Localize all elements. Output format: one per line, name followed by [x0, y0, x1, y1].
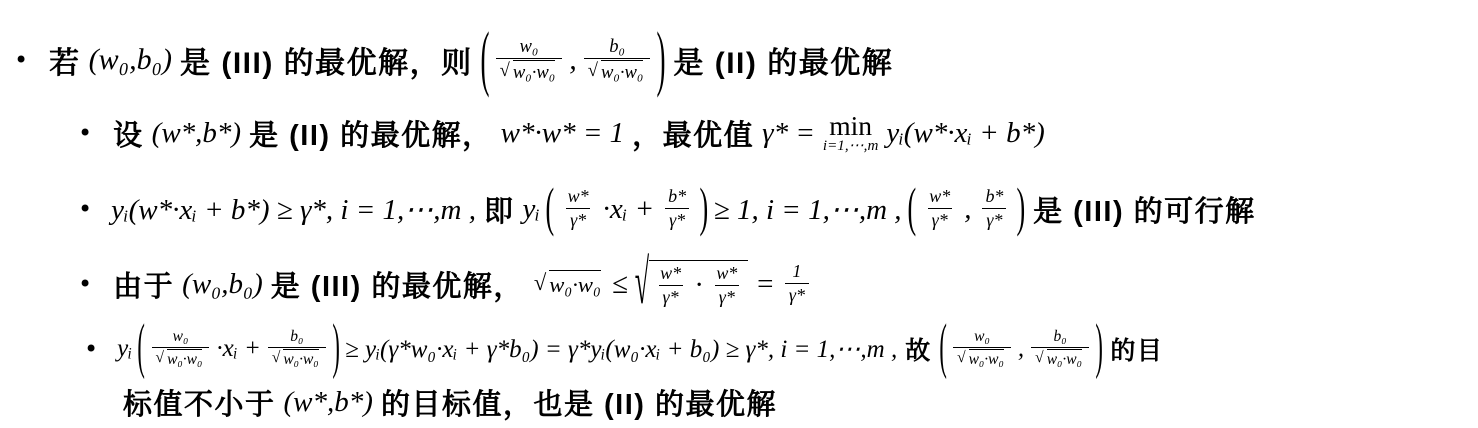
sqrt-product-expression: √ w* γ* · w* γ* [635, 260, 749, 308]
frac-denominator: γ* [928, 208, 952, 232]
l1-pair-w0b0: (w₀,b₀) [89, 43, 172, 77]
l3-text-that-is: 即 [484, 189, 515, 230]
frac-numerator: w* [564, 186, 593, 208]
sqrt-icon: √ [1035, 349, 1044, 368]
min-label: min [829, 112, 872, 140]
bullet-icon: • [84, 335, 98, 363]
frac-denominator: √ w₀·w₀ [953, 347, 1011, 370]
sqrt-icon: √ [588, 60, 598, 82]
l1-text-if: 若 [49, 38, 81, 82]
l2-norm-condition: w*·w* = 1 [501, 117, 625, 150]
l2-pair-wb-star: (w*,b*) [152, 117, 241, 150]
frac-numerator: b₀ [1050, 328, 1071, 347]
comma-separator: , [1018, 335, 1024, 363]
sqrt-icon: √ [534, 270, 546, 296]
left-paren-icon: ( [138, 315, 145, 384]
frac-denominator: √ w₀·w₀ [496, 58, 563, 84]
frac-denominator: √ w₀·w₀ [152, 347, 210, 370]
fraction-w0-over-sqrt: w₀ √ w₀·w₀ [496, 36, 563, 85]
l2-margin-expression: yᵢ(w*·xᵢ + b*) [886, 117, 1044, 150]
l6-text-not-less-than: 标值不小于 [123, 382, 276, 423]
l4-pair-w0b0: (w₀,b₀) [182, 268, 263, 301]
frac-numerator: w* [656, 263, 685, 285]
radicand: w₀·w₀ [549, 270, 601, 298]
min-operator: min i=1,⋯,m [823, 112, 878, 155]
radicand: w₀·w₀ [513, 60, 555, 84]
fraction-b0-over-sqrt: b₀ √ w₀·w₀ [584, 36, 651, 85]
fraction-b0-over-sqrt: b₀ √ w₀·w₀ [1031, 328, 1089, 369]
left-paren-icon: ( [907, 178, 916, 239]
bullet-line-5: • yᵢ ( w₀ √ w₀·w₀ ·xᵢ + b₀ √ w₀·w₀ ) ≥ y… [84, 308, 1168, 390]
l2-gamma-equals: γ* = [762, 117, 815, 150]
radicand: w₀·w₀ [283, 349, 318, 370]
fraction-wstar-over-gamma: w* γ* [922, 186, 957, 231]
sqrt-icon: √ [957, 349, 966, 368]
bullet-line-2: • 设 (w*,b*) 是 (II) 的最优解， w*·w* = 1 ，最优值 … [78, 100, 1048, 166]
l5-text-therefore: 故 [905, 331, 932, 367]
frac-numerator: b* [981, 186, 1007, 208]
radicand: w₀·w₀ [1047, 349, 1082, 370]
sqrt-icon: √ [500, 60, 510, 82]
fraction-w0-over-sqrt: w₀ √ w₀·w₀ [152, 328, 210, 369]
bullet-icon: • [14, 46, 28, 74]
continuation-line: 标值不小于 (w*,b*) 的目标值，也是 (II) 的最优解 [118, 380, 782, 424]
frac-denominator: γ* [715, 285, 739, 309]
l1-text-optimal-ii: 是 (II) 的最优解 [673, 38, 893, 82]
right-paren-icon: ) [332, 315, 339, 384]
frac-numerator: w* [925, 186, 954, 208]
l2-text-let: 设 [113, 113, 144, 154]
bullet-icon: • [78, 119, 92, 147]
frac-numerator: w* [712, 263, 741, 285]
fraction-bstar-over-gamma: b* γ* [978, 186, 1010, 231]
fraction-bstar-over-gamma: b* γ* [661, 186, 693, 231]
fraction-w0-over-sqrt: w₀ √ w₀·w₀ [953, 328, 1011, 369]
sqrt-w0-dot-w0: √ w₀·w₀ [534, 270, 604, 298]
min-subscript: i=1,⋯,m [823, 139, 878, 154]
l4-text-since: 由于 [113, 264, 174, 305]
l5-inequality-chain: ≥ yᵢ(γ*w₀·xᵢ + γ*b₀) = γ*yᵢ(w₀·xᵢ + b₀) … [345, 334, 897, 364]
left-paren-icon: ( [545, 178, 554, 239]
frac-denominator: γ* [785, 283, 809, 307]
frac-denominator: √ w₀·w₀ [1031, 347, 1089, 370]
comma-separator: , [569, 43, 577, 77]
fraction-wstar-over-gamma: w* γ* [653, 263, 688, 308]
l4-text-optimal-iii: 是 (III) 的最优解， [271, 264, 524, 305]
frac-denominator: √ w₀·w₀ [584, 58, 651, 84]
frac-denominator: γ* [659, 285, 683, 309]
dot-operator: · [695, 269, 702, 302]
comma-separator: , [964, 193, 971, 226]
bullet-line-3: • yᵢ(w*·xᵢ + b*) ≥ γ*, i = 1,⋯,m , 即 yᵢ … [78, 166, 1261, 252]
l3-text-feasible-iii: 是 (III) 的可行解 [1033, 189, 1256, 230]
l5-text-objective-start: 的目 [1110, 331, 1163, 367]
frac-numerator: w₀ [970, 328, 994, 347]
sqrt-icon: √ [156, 349, 165, 368]
right-paren-icon: ) [1095, 315, 1102, 384]
less-equal-sign: ≤ [612, 268, 628, 301]
frac-numerator: 1 [788, 261, 805, 283]
frac-numerator: b₀ [605, 36, 629, 58]
right-paren-icon: ) [657, 18, 666, 101]
l5-yi: yᵢ [117, 335, 132, 363]
radicand: w₀·w₀ [969, 349, 1004, 370]
l2-text-optimal-ii: 是 (II) 的最优解， [249, 113, 493, 154]
l3-dot-xi-plus: ·xᵢ + [603, 193, 655, 226]
frac-denominator: γ* [566, 208, 590, 232]
left-paren-icon: ( [939, 315, 946, 384]
frac-denominator: γ* [982, 208, 1006, 232]
bullet-line-1: • 若 (w₀,b₀) 是 (III) 的最优解，则 ( w₀ √ w₀·w₀ … [14, 12, 898, 108]
frac-numerator: b₀ [286, 328, 307, 347]
radicand-group: w* γ* · w* γ* [649, 260, 748, 308]
l3-constraint: yᵢ(w*·xᵢ + b*) ≥ γ*, i = 1,⋯,m , [111, 192, 476, 227]
right-paren-icon: ) [1017, 178, 1026, 239]
frac-denominator: √ w₀·w₀ [268, 347, 326, 370]
left-paren-icon: ( [480, 18, 489, 101]
bullet-icon: • [78, 270, 92, 298]
fraction-b0-over-sqrt: b₀ √ w₀·w₀ [268, 328, 326, 369]
fraction-one-over-gamma: 1 γ* [782, 261, 812, 306]
radicand: w₀·w₀ [601, 60, 643, 84]
slide: • 若 (w₀,b₀) 是 (III) 的最优解，则 ( w₀ √ w₀·w₀ … [0, 0, 1478, 428]
l5-dot-xi-plus: ·xᵢ + [216, 335, 260, 363]
l1-text-optimal-iii: 是 (III) 的最优解，则 [180, 38, 473, 82]
fraction-wstar-over-gamma: w* γ* [709, 263, 744, 308]
l2-text-optimal-value: ，最优值 [632, 113, 754, 154]
bullet-icon: • [78, 195, 92, 223]
right-paren-icon: ) [700, 178, 709, 239]
l6-pair-wb-star: (w*,b*) [284, 386, 373, 419]
l6-text-also-optimal-ii: 的目标值，也是 (II) 的最优解 [381, 382, 777, 423]
fraction-wstar-over-gamma: w* γ* [561, 186, 596, 231]
l3-ge-one: ≥ 1, i = 1,⋯,m , [714, 192, 902, 227]
frac-denominator: γ* [665, 208, 689, 232]
equals-sign: = [755, 268, 775, 301]
l3-yi: yᵢ [522, 193, 539, 226]
radicand: w₀·w₀ [167, 349, 202, 370]
sqrt-icon: √ [272, 349, 281, 368]
frac-numerator: w₀ [169, 328, 193, 347]
frac-numerator: b* [664, 186, 690, 208]
frac-numerator: w₀ [516, 36, 543, 58]
